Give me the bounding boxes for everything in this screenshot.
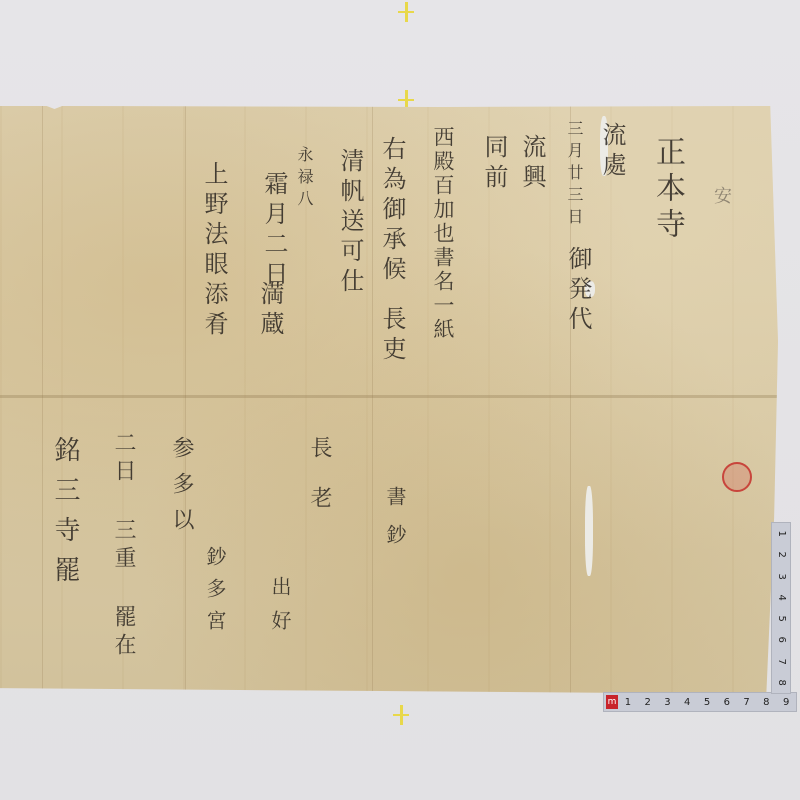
- text-column: 同前: [482, 134, 506, 194]
- scale-tick: 6: [717, 697, 737, 708]
- horizontal-scale-ruler: m 1 2 3 4 5 6 7 8 9: [603, 692, 797, 712]
- scale-tick: 3: [770, 573, 791, 579]
- text-column: 安: [712, 186, 730, 210]
- scale-tick: 9: [776, 697, 796, 708]
- scale-tick: 4: [770, 594, 791, 600]
- horizontal-fold: [0, 395, 778, 398]
- text-column: 霜月二日: [262, 171, 286, 291]
- text-column: 参多以: [170, 436, 192, 544]
- crease: [372, 106, 373, 694]
- text-column: 銘三寺罷: [52, 436, 78, 596]
- text-column: 右為御承候: [380, 136, 404, 286]
- text-column: 御発代: [566, 246, 590, 336]
- crease: [42, 106, 43, 694]
- crease: [185, 106, 186, 694]
- text-column: 長吏: [380, 306, 404, 366]
- vertical-scale-ruler: 1 2 3 4 5 6 7 8: [771, 522, 791, 694]
- scale-tick: 5: [697, 697, 717, 708]
- text-column: 流興: [520, 134, 544, 194]
- text-column: 流處: [600, 122, 624, 182]
- scale-tick: 5: [770, 615, 791, 621]
- scale-unit-mark: m: [606, 695, 618, 709]
- text-column: 満蔵: [258, 281, 282, 341]
- document-paper: 上野法眼添肴 永禄八 霜月二日 満蔵 清帆送可仕 西殿百加也書名一紙 右為御承候…: [0, 106, 778, 694]
- scale-tick: 8: [770, 679, 791, 685]
- scale-tick: 7: [770, 658, 791, 664]
- paper-tear: [585, 486, 593, 576]
- text-column: 三月廿三日: [566, 120, 582, 230]
- scale-tick: 8: [756, 697, 776, 708]
- text-column: 正本寺: [652, 136, 682, 244]
- scale-tick: 7: [737, 697, 757, 708]
- scale-tick: 1: [618, 697, 638, 708]
- scale-tick: 2: [770, 552, 791, 558]
- text-column: 西殿百加也書名一紙: [432, 126, 453, 342]
- text-column: 鈔多宮: [205, 546, 225, 642]
- registration-mark-bottom: [391, 705, 411, 725]
- text-column: 書鈔: [385, 486, 405, 562]
- red-seal-stamp: [722, 462, 752, 492]
- text-column: 清帆送可仕: [338, 148, 362, 298]
- text-column: 二日 三重 罷在: [112, 431, 134, 661]
- scale-tick: 1: [770, 530, 791, 536]
- text-column: 上野法眼添肴: [202, 161, 226, 341]
- text-column: 永禄八: [296, 146, 312, 212]
- text-column: 長老: [308, 436, 330, 536]
- scale-tick: 6: [770, 637, 791, 643]
- scale-tick: 2: [638, 697, 658, 708]
- text-column: 出好: [270, 576, 290, 644]
- registration-mark-top: [396, 2, 416, 22]
- scale-tick: 3: [658, 697, 678, 708]
- scale-tick: 4: [677, 697, 697, 708]
